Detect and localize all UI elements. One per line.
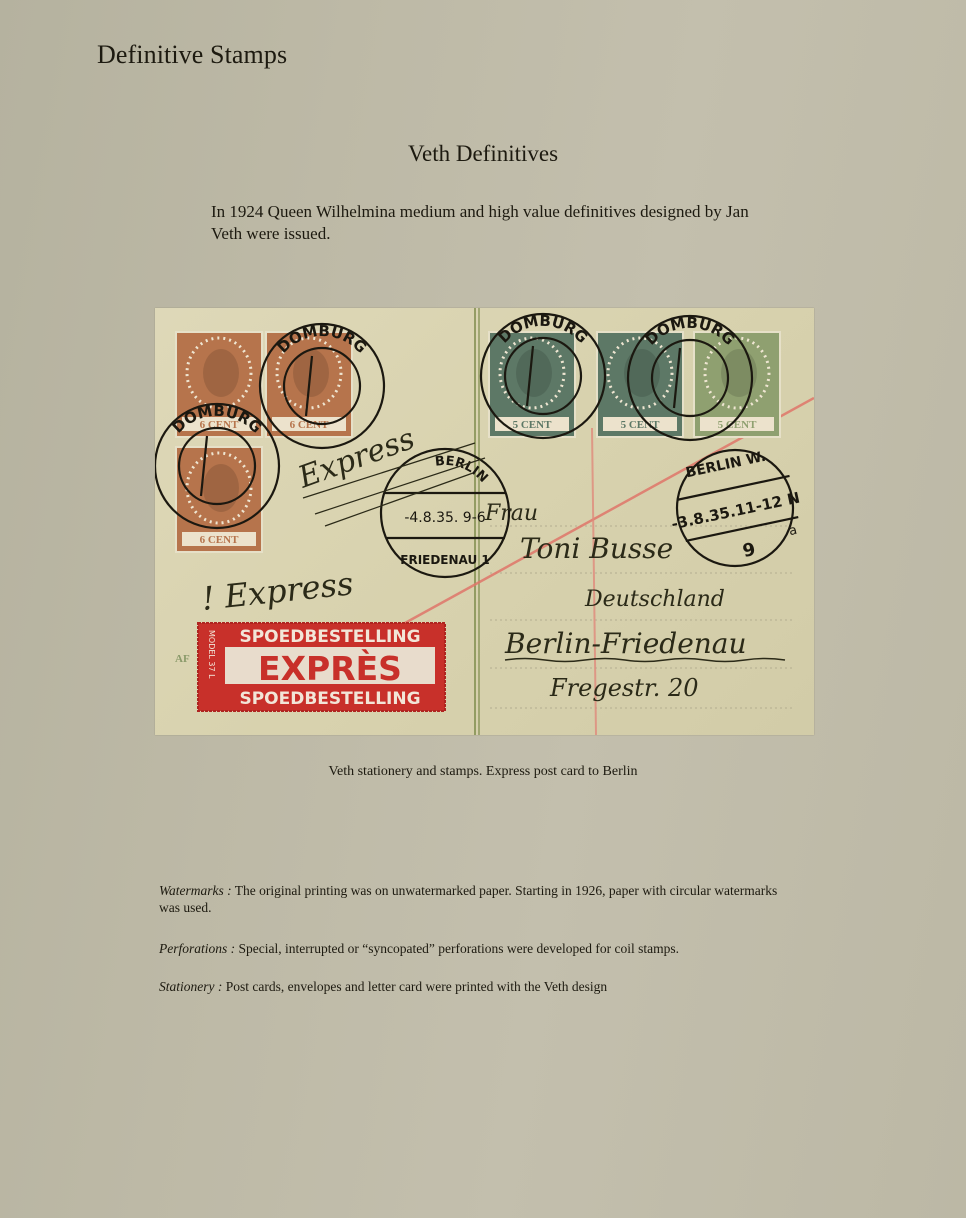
intro-paragraph: In 1924 Queen Wilhelmina medium and high…: [211, 201, 751, 245]
svg-text:6 CENT: 6 CENT: [200, 534, 239, 546]
svg-text:-4.8.35. 9-6: -4.8.35. 9-6: [404, 510, 485, 526]
express-label-top: SPOEDBESTELLING: [239, 627, 420, 647]
note-text: The original printing was on unwatermark…: [159, 883, 777, 915]
page-heading: Veth Definitives: [0, 141, 966, 167]
express-label-side: MODEL 37 L: [207, 630, 216, 679]
note-text: Post cards, envelopes and letter card we…: [222, 979, 607, 994]
svg-text:-3.8.35.11-12 N: -3.8.35.11-12 N: [670, 489, 802, 534]
note-text: Special, interrupted or “syncopated” per…: [235, 941, 679, 956]
note-watermarks: Watermarks : The original printing was o…: [159, 882, 779, 916]
afz-text: AF: [175, 653, 190, 665]
express-label-main: EXPRÈS: [258, 648, 402, 688]
stamp: 5 CENT: [693, 331, 781, 438]
svg-text:FRIEDENAU 1: FRIEDENAU 1: [400, 553, 490, 567]
handwriting-country: Deutschland: [584, 587, 725, 612]
svg-text:a: a: [788, 523, 799, 539]
stamp: 6 CENT: [175, 446, 263, 553]
svg-text:BERLIN W.: BERLIN W.: [684, 449, 767, 482]
svg-text:5 CENT: 5 CENT: [513, 419, 552, 431]
handwriting-frau: Frau: [484, 501, 538, 526]
note-term: Watermarks :: [159, 883, 232, 898]
handwriting-express-2: ! Express: [200, 564, 355, 618]
handwriting-city: Berlin-Friedenau: [504, 627, 747, 660]
express-label: SPOEDBESTELLING EXPRÈS SPOEDBESTELLING M…: [198, 623, 445, 711]
note-stationery: Stationery : Post cards, envelopes and l…: [159, 978, 779, 995]
note-term: Stationery :: [159, 979, 222, 994]
handwriting-street: Fregestr. 20: [549, 674, 699, 702]
handwriting-name: Toni Busse: [520, 532, 673, 565]
note-perforations: Perforations : Special, interrupted or “…: [159, 940, 779, 957]
stamp: 5 CENT: [596, 331, 684, 438]
section-title: Definitive Stamps: [97, 40, 287, 70]
postcard-image: 6 CENT6 CENT6 CENT5 CENT5 CENT5 CENT DOM…: [155, 308, 814, 735]
svg-text:9: 9: [741, 539, 758, 562]
express-label-bottom: SPOEDBESTELLING: [239, 689, 420, 709]
image-caption: Veth stationery and stamps. Express post…: [0, 764, 966, 780]
note-term: Perforations :: [159, 941, 235, 956]
